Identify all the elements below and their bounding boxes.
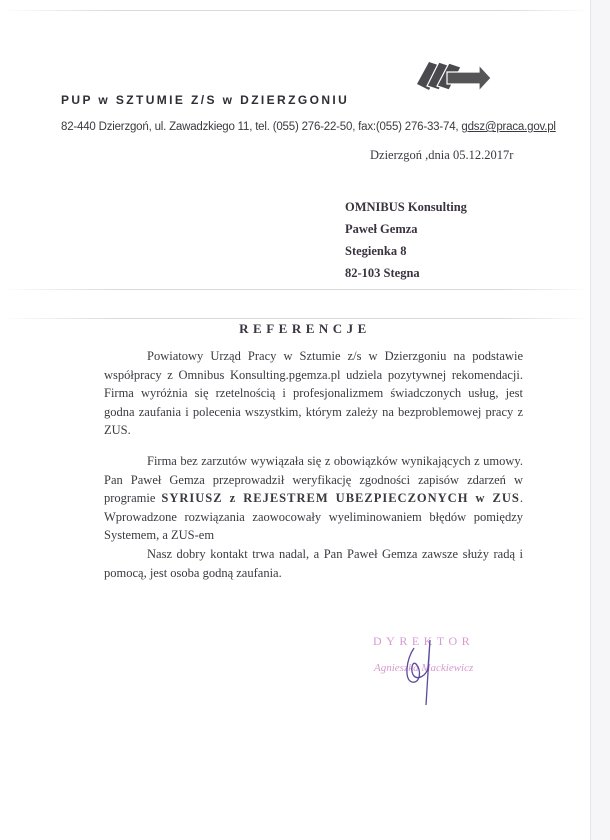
recipient-city: 82-103 Stegna bbox=[345, 262, 467, 284]
paper-fold-line bbox=[0, 318, 590, 319]
recipient-company: OMNIBUS Konsulting bbox=[345, 196, 467, 218]
handwritten-signature-icon bbox=[400, 630, 450, 710]
organization-address: 82-440 Dzierzgoń, ul. Zawadzkiego 11, te… bbox=[61, 121, 556, 133]
arrow-cards-logo-icon bbox=[415, 56, 495, 96]
paper-fold-line bbox=[0, 289, 590, 290]
document-title: REFERENCJE bbox=[0, 321, 610, 337]
letter-page: PUP w SZTUMIE Z/S w DZIERZGONIU 82-440 D… bbox=[0, 0, 591, 840]
paragraph-2: Firma bez zarzutów wywiązała się z obowi… bbox=[104, 452, 523, 545]
recipient-street: Stegienka 8 bbox=[345, 240, 467, 262]
paragraph-1: Powiatowy Urząd Pracy w Sztumie z/s w Dz… bbox=[104, 347, 523, 440]
recipient-block: OMNIBUS Konsulting Paweł Gemza Stegienka… bbox=[345, 196, 467, 284]
paragraph-2-bold-text: SYRIUSZ z REJESTREM UBEZPIECZONYCH w ZUS bbox=[161, 491, 519, 505]
organization-name: PUP w SZTUMIE Z/S w DZIERZGONIU bbox=[61, 93, 349, 107]
address-text: 82-440 Dzierzgoń, ul. Zawadzkiego 11, te… bbox=[61, 121, 461, 133]
date-line: Dzierzgoń ,dnia 05.12.2017r bbox=[370, 148, 513, 163]
recipient-person: Paweł Gemza bbox=[345, 218, 467, 240]
paragraph-3: Nasz dobry kontakt trwa nadal, a Pan Paw… bbox=[104, 545, 523, 582]
paper-fold-line bbox=[0, 10, 590, 11]
paragraph-1-text: Powiatowy Urząd Pracy w Sztumie z/s w Dz… bbox=[104, 349, 523, 437]
paragraph-3-text: Nasz dobry kontakt trwa nadal, a Pan Paw… bbox=[104, 547, 523, 580]
email-link[interactable]: gdsz@praca.gov.pl bbox=[461, 121, 555, 133]
